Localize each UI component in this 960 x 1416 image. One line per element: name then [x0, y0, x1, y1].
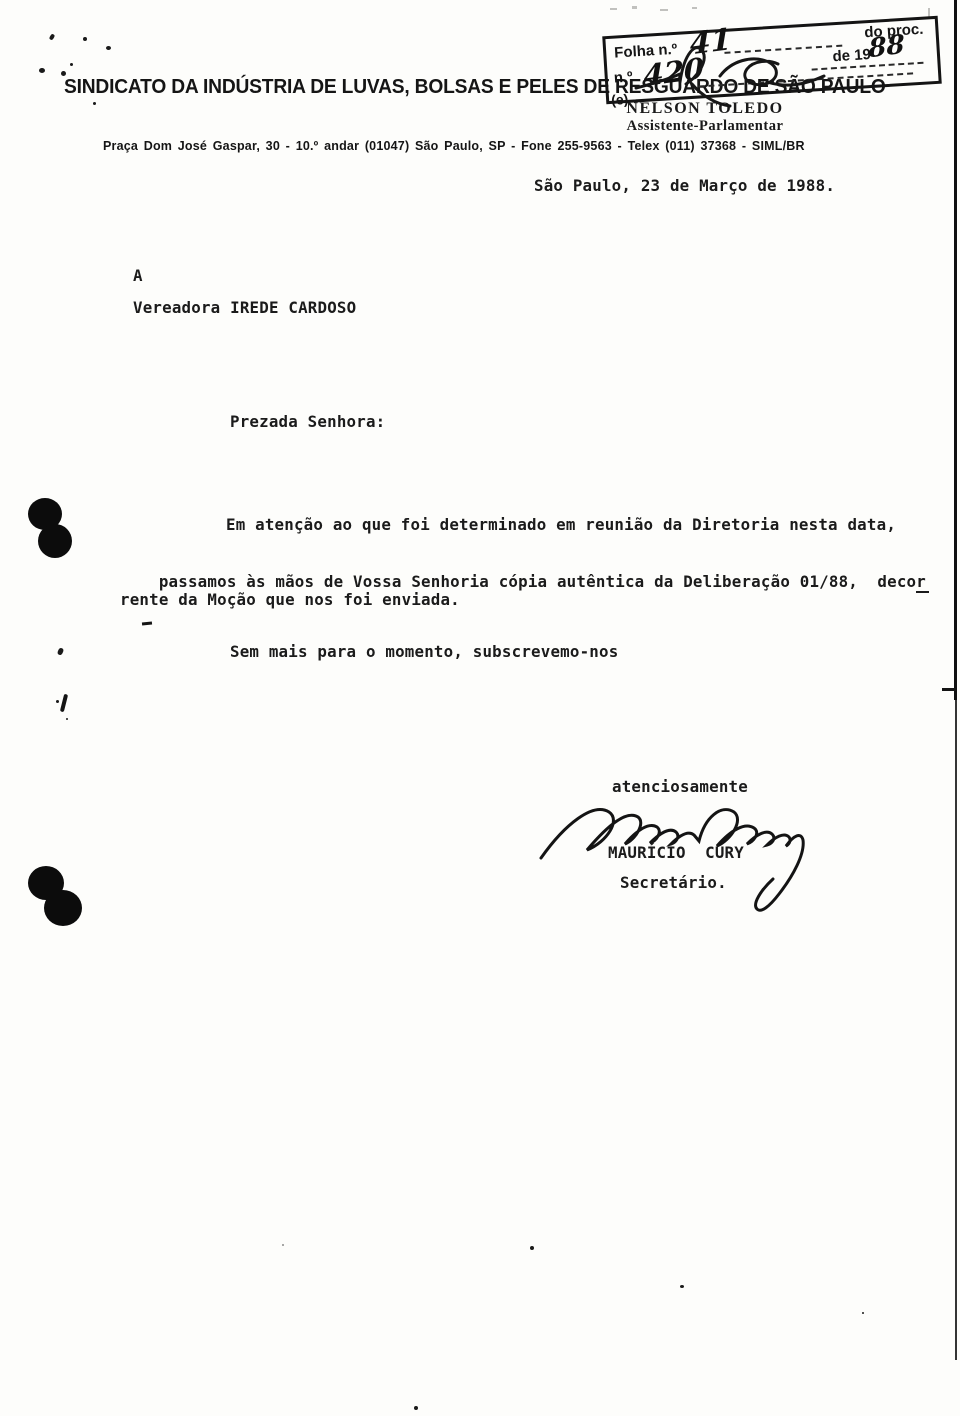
stamp-signature-flourish: [632, 30, 842, 115]
ink-speck: [66, 718, 68, 720]
ink-speck: [49, 33, 55, 40]
scan-edge-line-lower: [955, 700, 957, 1360]
salutation: Prezada Senhora:: [230, 412, 385, 431]
stamp-corner-mark: (e): [611, 91, 629, 108]
ink-speck: [282, 1244, 284, 1246]
letterhead-address: Praça Dom José Gaspar, 30 - 10.º andar (…: [103, 139, 805, 153]
ink-speck: [56, 700, 59, 703]
ink-speck: [93, 102, 96, 105]
body-line-2-text: passamos às mãos de Vossa Senhoria cópia…: [159, 572, 916, 591]
body-line-2-hyphenation-mark: r: [916, 572, 929, 593]
ink-mark: [60, 694, 68, 712]
signer-title: Secretário.: [620, 873, 727, 892]
ink-speck: [83, 37, 87, 41]
addressee-prefix: A: [133, 266, 143, 285]
scanned-letter-page: SINDICATO DA INDÚSTRIA DE LUVAS, BOLSAS …: [0, 0, 960, 1416]
n-label: n.º: [613, 69, 633, 87]
signer-name: MAURÍCIO CURY: [608, 843, 744, 862]
body-line-3: rente da Moção que nos foi enviada.: [120, 590, 460, 609]
addressee-name: Vereadora IREDE CARDOSO: [133, 298, 356, 317]
stamp-role: Assistente-Parlamentar: [600, 118, 810, 135]
body-line-1: Em atenção ao que foi determinado em reu…: [226, 515, 896, 534]
ink-speck: [680, 1285, 684, 1288]
scan-edge-tick: [942, 688, 956, 691]
body-line-4: Sem mais para o momento, subscrevemo-nos: [230, 642, 618, 661]
ink-speck: [530, 1246, 534, 1250]
date-line: São Paulo, 23 de Março de 1988.: [534, 176, 835, 195]
pencil-mark: [692, 7, 697, 9]
pencil-mark: [632, 6, 637, 9]
de19-value-handwritten: 88: [868, 30, 905, 65]
ink-speck: [414, 1406, 418, 1410]
ink-speck: [106, 46, 111, 50]
ink-mark-dash: [142, 621, 152, 625]
ink-speck: [57, 647, 64, 655]
pencil-mark: [660, 9, 668, 11]
scan-edge-line: [954, 0, 957, 700]
pencil-mark: [610, 8, 617, 10]
ink-speck: [39, 68, 45, 73]
ink-speck: [70, 63, 73, 66]
ink-speck: [862, 1312, 864, 1314]
